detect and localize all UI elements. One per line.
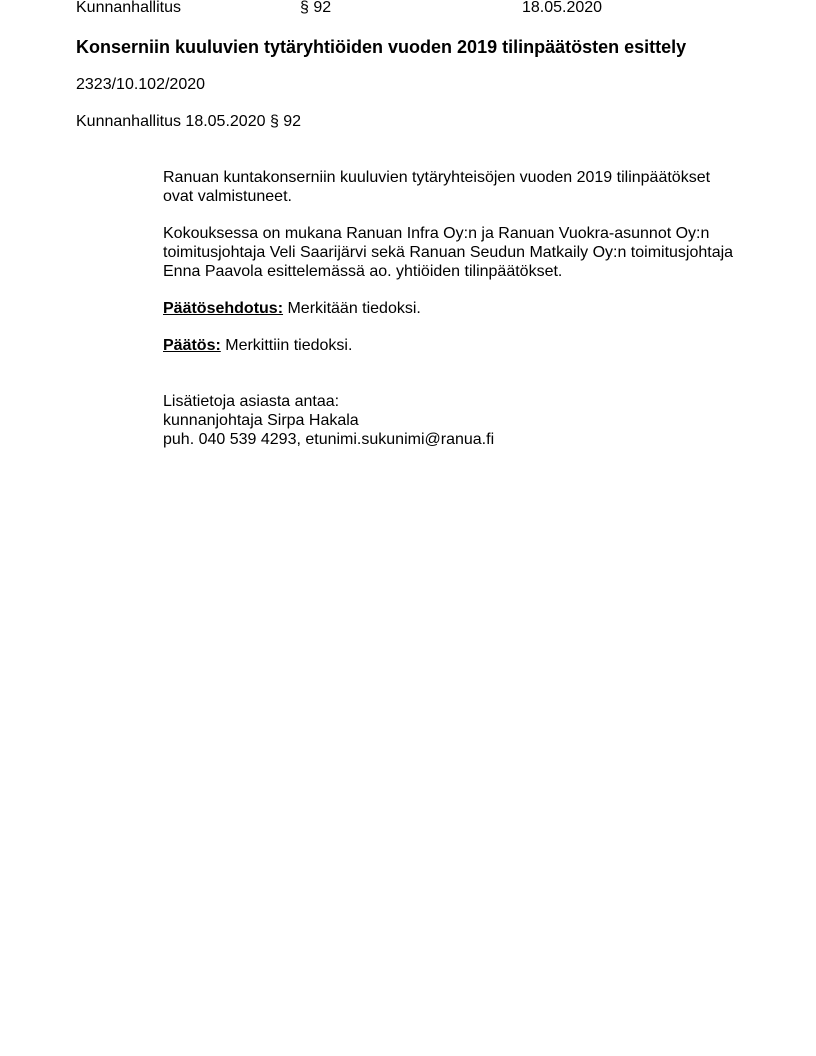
text-line: Kokouksessa on mukana Ranuan Infra Oy:n …	[163, 224, 753, 243]
contact-person: kunnanjohtaja Sirpa Hakala	[163, 411, 753, 430]
header-date: 18.05.2020	[522, 0, 602, 18]
meeting-reference: Kunnanhallitus 18.05.2020 § 92	[76, 112, 301, 132]
header-body-name: Kunnanhallitus	[76, 0, 181, 18]
text-line: Ranuan kuntakonserniin kuuluvien tytäryh…	[163, 168, 753, 187]
decision-text: Merkittiin tiedoksi.	[221, 337, 353, 354]
decision-label: Päätös:	[163, 337, 221, 354]
contact-details: puh. 040 539 4293, etunimi.sukunimi@ranu…	[163, 430, 753, 449]
document-page: Kunnanhallitus § 92 18.05.2020 Konsernii…	[0, 0, 816, 1056]
paragraph-presenters: Kokouksessa on mukana Ranuan Infra Oy:n …	[163, 224, 753, 281]
document-body: Ranuan kuntakonserniin kuuluvien tytäryh…	[163, 168, 753, 467]
text-line: toimitusjohtaja Veli Saarijärvi sekä Ran…	[163, 243, 753, 262]
contact-info: Lisätietoja asiasta antaa: kunnanjohtaja…	[163, 392, 753, 449]
proposal-text: Merkitään tiedoksi.	[283, 300, 421, 317]
diary-number: 2323/10.102/2020	[76, 75, 205, 95]
header-section-number: § 92	[300, 0, 331, 18]
paragraph-intro: Ranuan kuntakonserniin kuuluvien tytäryh…	[163, 168, 753, 206]
decision: Päätös: Merkittiin tiedoksi.	[163, 336, 753, 355]
document-title: Konserniin kuuluvien tytäryhtiöiden vuod…	[76, 36, 686, 58]
proposal-label: Päätösehdotus:	[163, 300, 283, 317]
text-line: Enna Paavola esittelemässä ao. yhtiöiden…	[163, 262, 753, 281]
decision-proposal: Päätösehdotus: Merkitään tiedoksi.	[163, 299, 753, 318]
text-line: ovat valmistuneet.	[163, 187, 753, 206]
contact-heading: Lisätietoja asiasta antaa:	[163, 392, 753, 411]
